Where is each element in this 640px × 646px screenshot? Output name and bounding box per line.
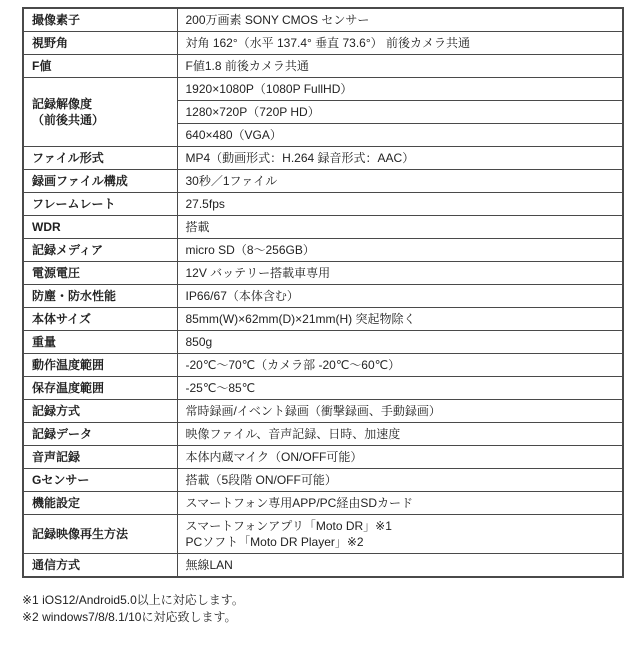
spec-label-recording-media: 記録メディア [23,239,177,262]
spec-value-file-structure: 30秒／1ファイル [177,170,623,193]
spec-value-body-size: 85mm(W)×62mm(D)×21mm(H) 突起物除く [177,308,623,331]
row-recording-media: 記録メディア micro SD（8～256GB） [23,239,623,262]
row-recording-mode: 記録方式 常時録画/イベント録画（衝撃録画、手動録画） [23,400,623,423]
spec-value-weight: 850g [177,331,623,354]
spec-label-recording-data: 記録データ [23,423,177,446]
spec-value-recording-media: micro SD（8～256GB） [177,239,623,262]
row-frame-rate: フレームレート 27.5fps [23,193,623,216]
spec-table: 撮像素子 200万画素 SONY CMOS センサー 視野角 対角 162°（水… [22,7,624,578]
spec-value-resolution-vga: 640×480（VGA） [177,124,623,147]
row-wdr: WDR 搭載 [23,216,623,239]
spec-value-recording-data: 映像ファイル、音声記録、日時、加速度 [177,423,623,446]
row-weight: 重量 850g [23,331,623,354]
row-viewing-angle: 視野角 対角 162°（水平 137.4° 垂直 73.6°） 前後カメラ共通 [23,32,623,55]
spec-label-operating-temp: 動作温度範囲 [23,354,177,377]
spec-label-resolution: 記録解像度 （前後共通） [23,78,177,147]
row-power-voltage: 電源電圧 12V バッテリー搭載車専用 [23,262,623,285]
spec-value-wdr: 搭載 [177,216,623,239]
spec-label-playback-method: 記録映像再生方法 [23,515,177,554]
spec-value-resolution-fullhd: 1920×1080P（1080P FullHD） [177,78,623,101]
footnote-1: ※1 iOS12/Android5.0以上に対応します。 [22,592,622,609]
row-body-size: 本体サイズ 85mm(W)×62mm(D)×21mm(H) 突起物除く [23,308,623,331]
spec-value-audio-recording: 本体内蔵マイク（ON/OFF可能） [177,446,623,469]
row-storage-temp: 保存温度範囲 -25℃～85℃ [23,377,623,400]
spec-label-frame-rate: フレームレート [23,193,177,216]
row-function-setting: 機能設定 スマートフォン専用APP/PC経由SDカード [23,492,623,515]
spec-value-frame-rate: 27.5fps [177,193,623,216]
spec-value-file-format: MP4（動画形式：H.264 録音形式：AAC） [177,147,623,170]
spec-label-weight: 重量 [23,331,177,354]
spec-value-playback-method: スマートフォンアプリ「Moto DR」※1 PCソフト「Moto DR Play… [177,515,623,554]
row-audio-recording: 音声記録 本体内蔵マイク（ON/OFF可能） [23,446,623,469]
spec-label-file-structure: 録画ファイル構成 [23,170,177,193]
row-playback-method: 記録映像再生方法 スマートフォンアプリ「Moto DR」※1 PCソフト「Mot… [23,515,623,554]
spec-value-f-value: F値1.8 前後カメラ共通 [177,55,623,78]
spec-value-g-sensor: 搭載（5段階 ON/OFF可能） [177,469,623,492]
spec-value-operating-temp: -20℃～70℃（カメラ部 -20℃～60℃） [177,354,623,377]
footnotes: ※1 iOS12/Android5.0以上に対応します。 ※2 windows7… [22,592,622,626]
row-file-format: ファイル形式 MP4（動画形式：H.264 録音形式：AAC） [23,147,623,170]
footnote-2: ※2 windows7/8/8.1/10に対応致します。 [22,609,622,626]
row-dust-waterproof: 防塵・防水性能 IP66/67（本体含む） [23,285,623,308]
spec-label-function-setting: 機能設定 [23,492,177,515]
spec-label-g-sensor: Gセンサー [23,469,177,492]
spec-label-dust-waterproof: 防塵・防水性能 [23,285,177,308]
spec-label-storage-temp: 保存温度範囲 [23,377,177,400]
spec-value-recording-mode: 常時録画/イベント録画（衝撃録画、手動録画） [177,400,623,423]
spec-value-communication: 無線LAN [177,554,623,578]
spec-label-communication: 通信方式 [23,554,177,578]
spec-label-wdr: WDR [23,216,177,239]
spec-label-file-format: ファイル形式 [23,147,177,170]
row-image-sensor: 撮像素子 200万画素 SONY CMOS センサー [23,8,623,32]
row-communication: 通信方式 無線LAN [23,554,623,578]
spec-value-function-setting: スマートフォン専用APP/PC経由SDカード [177,492,623,515]
spec-label-power-voltage: 電源電圧 [23,262,177,285]
spec-value-viewing-angle: 対角 162°（水平 137.4° 垂直 73.6°） 前後カメラ共通 [177,32,623,55]
spec-value-image-sensor: 200万画素 SONY CMOS センサー [177,8,623,32]
spec-label-image-sensor: 撮像素子 [23,8,177,32]
spec-value-resolution-hd: 1280×720P（720P HD） [177,101,623,124]
row-file-structure: 録画ファイル構成 30秒／1ファイル [23,170,623,193]
spec-value-dust-waterproof: IP66/67（本体含む） [177,285,623,308]
row-recording-data: 記録データ 映像ファイル、音声記録、日時、加速度 [23,423,623,446]
spec-label-f-value: F値 [23,55,177,78]
spec-sheet: 撮像素子 200万画素 SONY CMOS センサー 視野角 対角 162°（水… [22,7,622,578]
spec-label-recording-mode: 記録方式 [23,400,177,423]
row-f-value: F値 F値1.8 前後カメラ共通 [23,55,623,78]
spec-label-body-size: 本体サイズ [23,308,177,331]
spec-value-power-voltage: 12V バッテリー搭載車専用 [177,262,623,285]
spec-label-viewing-angle: 視野角 [23,32,177,55]
spec-label-audio-recording: 音声記録 [23,446,177,469]
row-operating-temp: 動作温度範囲 -20℃～70℃（カメラ部 -20℃～60℃） [23,354,623,377]
row-g-sensor: Gセンサー 搭載（5段階 ON/OFF可能） [23,469,623,492]
spec-value-storage-temp: -25℃～85℃ [177,377,623,400]
row-resolution: 記録解像度 （前後共通） 1920×1080P（1080P FullHD） [23,78,623,101]
